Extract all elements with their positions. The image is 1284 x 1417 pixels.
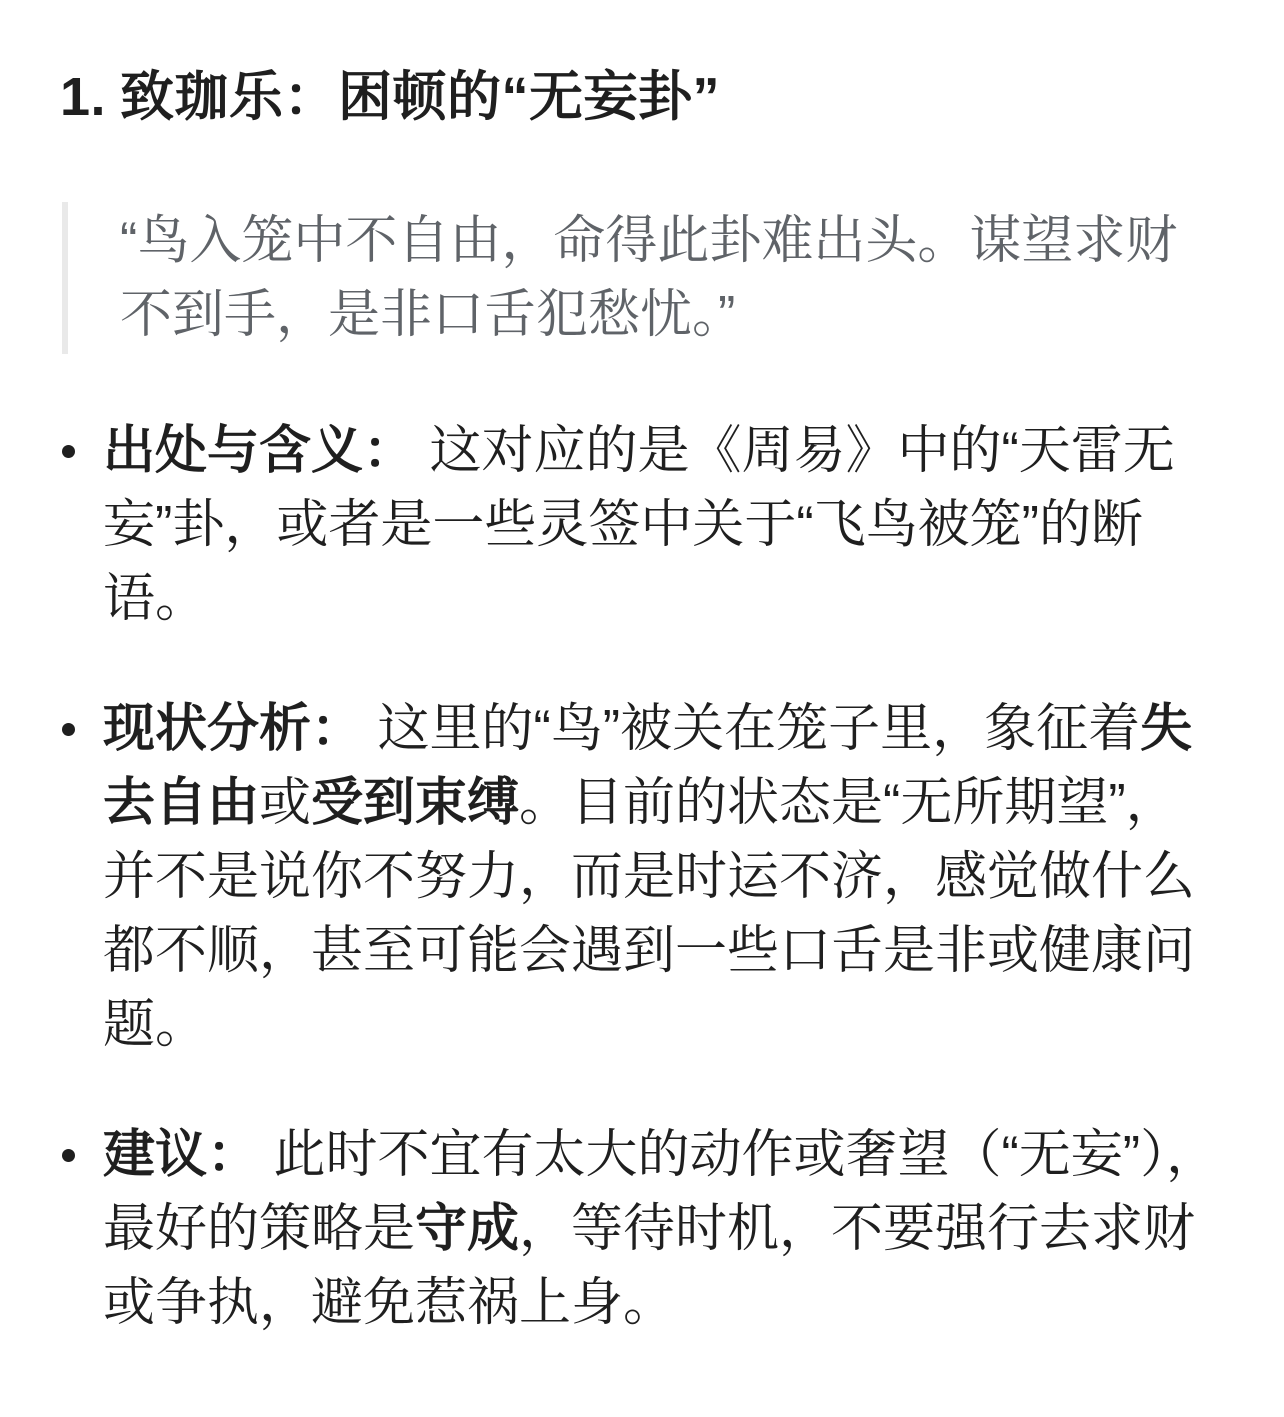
- list-item-advice: 建议： 此时不宜有太大的动作或奢望（“无妄”），最好的策略是守成，等待时机，不要…: [60, 1118, 1228, 1340]
- list-item-analysis: 现状分析： 这里的“鸟”被关在笼子里，象征着失去自由或受到束缚。目前的状态是“无…: [60, 692, 1228, 1062]
- bullet-dot: [62, 723, 75, 736]
- divination-quote: “鸟入笼中不自由，命得此卦难出头。谋望求财不到手，是非口舌犯愁忧。”: [62, 202, 1228, 354]
- list-item-text: 现状分析： 这里的“鸟”被关在笼子里，象征着失去自由或受到束缚。目前的状态是“无…: [103, 692, 1228, 1062]
- bullet-dot: [62, 1149, 75, 1162]
- bullet-list: 出处与含义： 这对应的是《周易》中的“天雷无妄”卦，或者是一些灵签中关于“飞鸟被…: [60, 414, 1228, 1340]
- chat-message-content: 1.致珈乐：困顿的“无妄卦” “鸟入笼中不自由，命得此卦难出头。谋望求财不到手，…: [0, 0, 1284, 1417]
- quote-text: “鸟入笼中不自由，命得此卦难出头。谋望求财不到手，是非口舌犯愁忧。”: [120, 212, 1177, 344]
- heading-text: 致珈乐：困顿的“无妄卦”: [120, 67, 720, 127]
- heading-number: 1.: [60, 67, 106, 127]
- bullet-dot: [62, 445, 75, 458]
- section-heading: 1.致珈乐：困顿的“无妄卦”: [60, 64, 1228, 130]
- list-item-origin: 出处与含义： 这对应的是《周易》中的“天雷无妄”卦，或者是一些灵签中关于“飞鸟被…: [60, 414, 1228, 636]
- list-item-text: 建议： 此时不宜有太大的动作或奢望（“无妄”），最好的策略是守成，等待时机，不要…: [103, 1118, 1228, 1340]
- list-item-text: 出处与含义： 这对应的是《周易》中的“天雷无妄”卦，或者是一些灵签中关于“飞鸟被…: [103, 414, 1228, 636]
